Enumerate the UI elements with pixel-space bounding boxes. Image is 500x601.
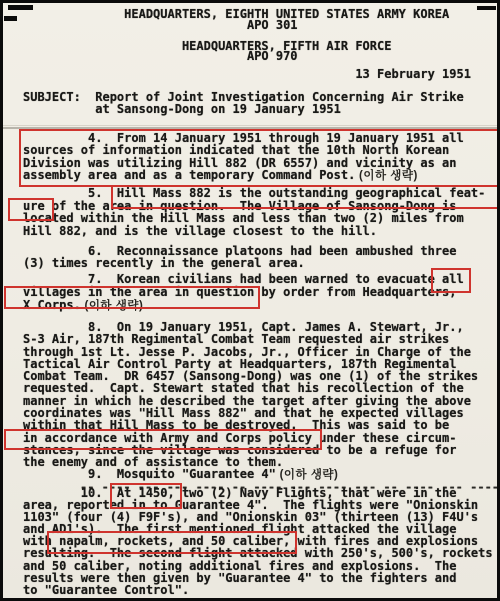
date-line: 13 February 1951 [23, 68, 471, 80]
scanned-document-page: HEADQUARTERS, EIGHTH UNITED STATES ARMY … [0, 0, 500, 601]
paragraph-9-text: 9. Mosquito "Guarantee 4" [23, 467, 276, 481]
highlight-box-hill-mass-882 [111, 185, 500, 209]
highlight-box-at-1450 [110, 483, 182, 509]
highlight-box-paragraph-4 [19, 129, 499, 187]
text-line: APO 301 [23, 20, 449, 31]
paragraph-6: 6. Reconnaissance platoons had been ambu… [23, 245, 456, 270]
text-line: S-3 Air, 187th Regimental Combat Team re… [23, 333, 478, 345]
highlight-box-all [431, 268, 471, 293]
highlight-box-napalm-rockets [47, 531, 297, 554]
scan-seam-light [3, 125, 497, 126]
subject-block: SUBJECT: Report of Joint Investigation C… [23, 91, 464, 115]
text-line: to "Guarantee Control". [23, 584, 493, 596]
highlight-box-villages-in-question [4, 286, 260, 309]
text-line: located within the Hill Mass and less th… [23, 212, 485, 225]
scan-mark-top-right [477, 6, 496, 10]
scan-mark-left [4, 16, 17, 21]
text-line: and 50 caliber, noting additional fires … [23, 560, 493, 572]
text-line: at Sansong-Dong on 19 January 1951 [23, 103, 464, 115]
text-line: (3) times recently in the general area. [23, 257, 456, 269]
highlight-box-army-corps-policy [4, 429, 322, 450]
text-line: requested. Capt. Stewart stated that his… [23, 382, 478, 394]
text-line: results were then given by "Guarantee 4"… [23, 572, 493, 584]
text-line: Hill 882, and is the village closest to … [23, 225, 485, 238]
letterhead: HEADQUARTERS, EIGHTH UNITED STATES ARMY … [23, 9, 449, 62]
text-line: APO 970 [23, 51, 449, 62]
text-line: 13 February 1951 [23, 68, 471, 80]
highlight-box-ure [8, 198, 54, 221]
